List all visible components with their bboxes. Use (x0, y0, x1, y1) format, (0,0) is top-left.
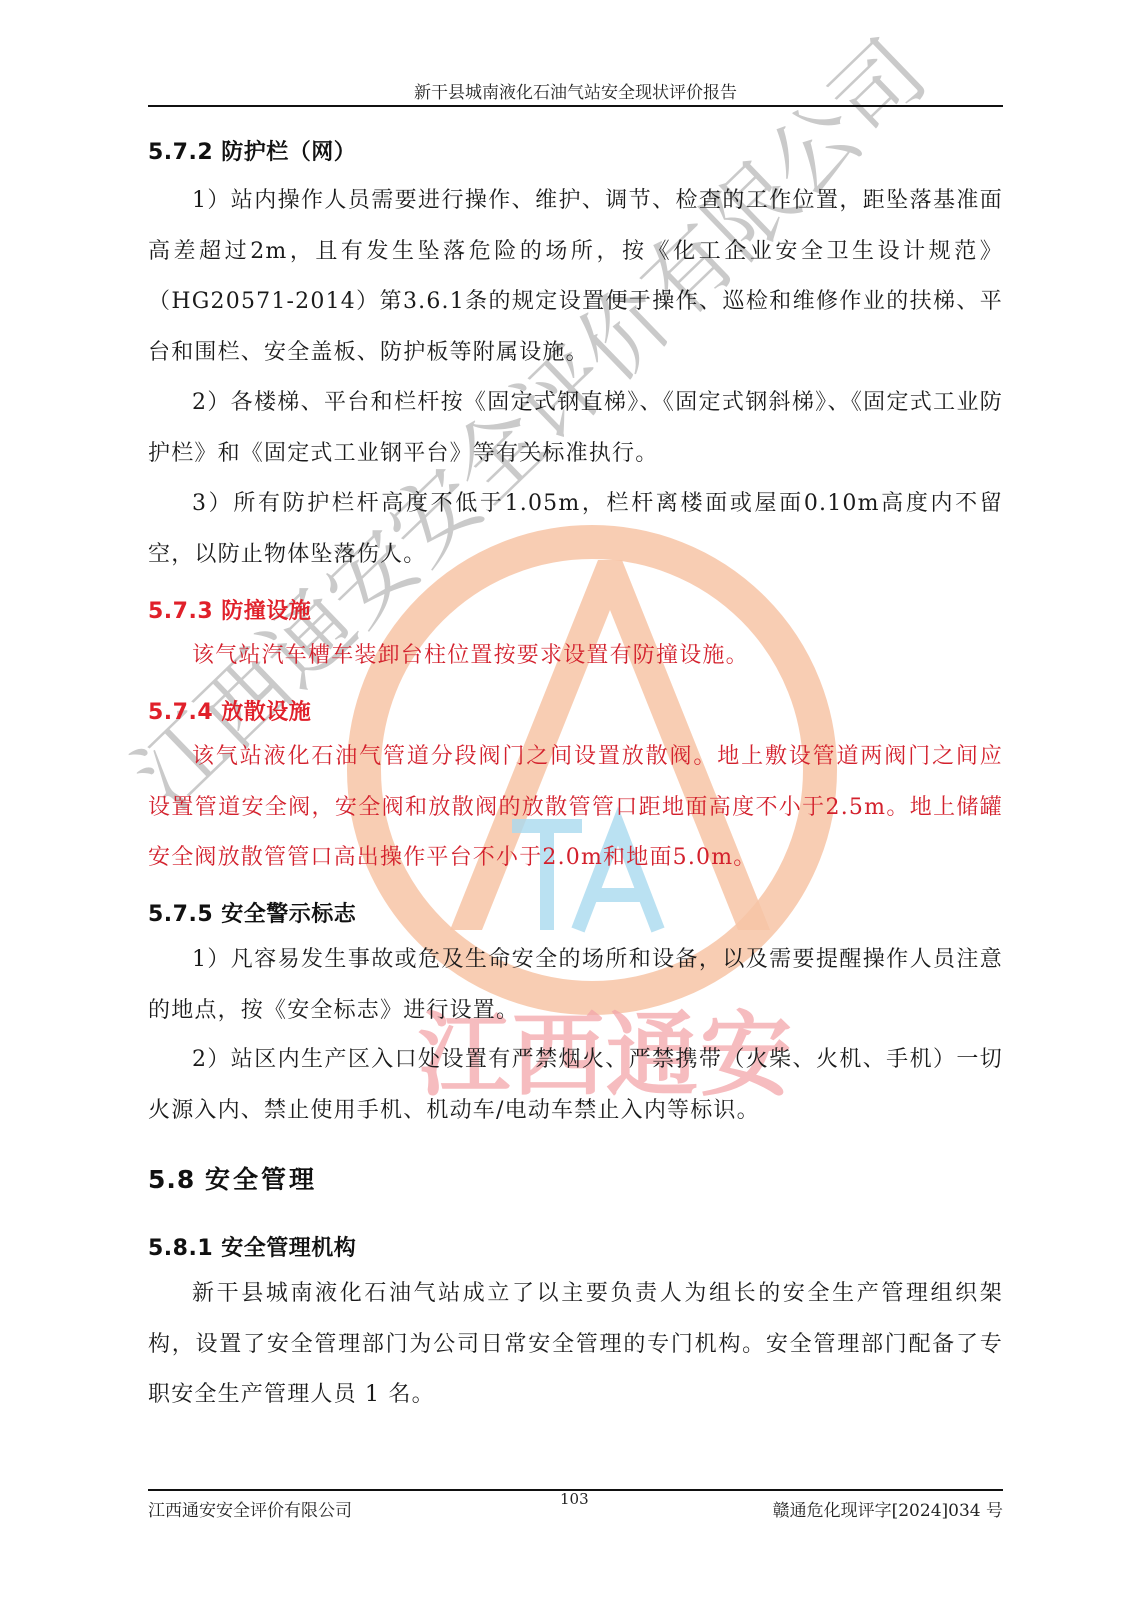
section-heading-5-7-3: 5.7.3 防撞设施 (148, 594, 1003, 625)
header-divider (148, 105, 1003, 107)
section-heading-5-8-1: 5.8.1 安全管理机构 (148, 1231, 1003, 1262)
paragraph-5-8-1: 新干县城南液化石油气站成立了以主要负责人为组长的安全生产管理组织架构，设置了安全… (148, 1269, 1003, 1421)
section-title-5-8: 安全管理 (205, 1165, 317, 1194)
section-heading-5-8: 5.8 安全管理 (148, 1160, 1003, 1196)
paragraph-5-7-5-item-2: 2）站区内生产区入口处设置有严禁烟火、严禁携带（火柴、火机、手机）一切火源入内、… (148, 1035, 1003, 1136)
paragraph-5-7-2-item-2: 2）各楼梯、平台和栏杆按《固定式钢直梯》、《固定式钢斜梯》、《固定式工业防护栏》… (148, 378, 1003, 479)
section-heading-5-7-2: 5.7.2 防护栏（网） (148, 135, 1003, 166)
paragraph-5-7-2-item-3: 3）所有防护栏杆高度不低于1.05m，栏杆离楼面或屋面0.10m高度内不留空，以… (148, 479, 1003, 580)
page-number: 103 (560, 1490, 589, 1508)
paragraph-5-7-5-item-1: 1）凡容易发生事故或危及生命安全的场所和设备，以及需要提醒操作人员注意的地点，按… (148, 935, 1003, 1036)
section-heading-5-7-4: 5.7.4 放散设施 (148, 695, 1003, 726)
document-page: 江西通安 江西通安安全评价有限公司 新干县城南液化石油气站安全现状评价报告 5.… (0, 0, 1131, 1600)
section-heading-5-7-5: 5.7.5 安全警示标志 (148, 897, 1003, 928)
paragraph-5-7-4: 该气站液化石油气管道分段阀门之间设置放散阀。地上敷设管道两阀门之间应设置管道安全… (148, 732, 1003, 884)
footer-company: 江西通安安全评价有限公司 (148, 1496, 352, 1521)
section-number-5-8: 5.8 (148, 1165, 195, 1194)
page-footer: 江西通安安全评价有限公司 103 赣通危化现评字[2024]034 号 (148, 1496, 1003, 1522)
paragraph-5-7-3: 该气站汽车槽车装卸台柱位置按要求设置有防撞设施。 (148, 631, 1003, 682)
report-number: 赣通危化现评字[2024]034 号 (773, 1496, 1003, 1521)
page-header: 新干县城南液化石油气站安全现状评价报告 (148, 78, 1003, 103)
paragraph-5-7-2-item-1: 1）站内操作人员需要进行操作、维护、调节、检查的工作位置，距坠落基准面高差超过2… (148, 176, 1003, 378)
